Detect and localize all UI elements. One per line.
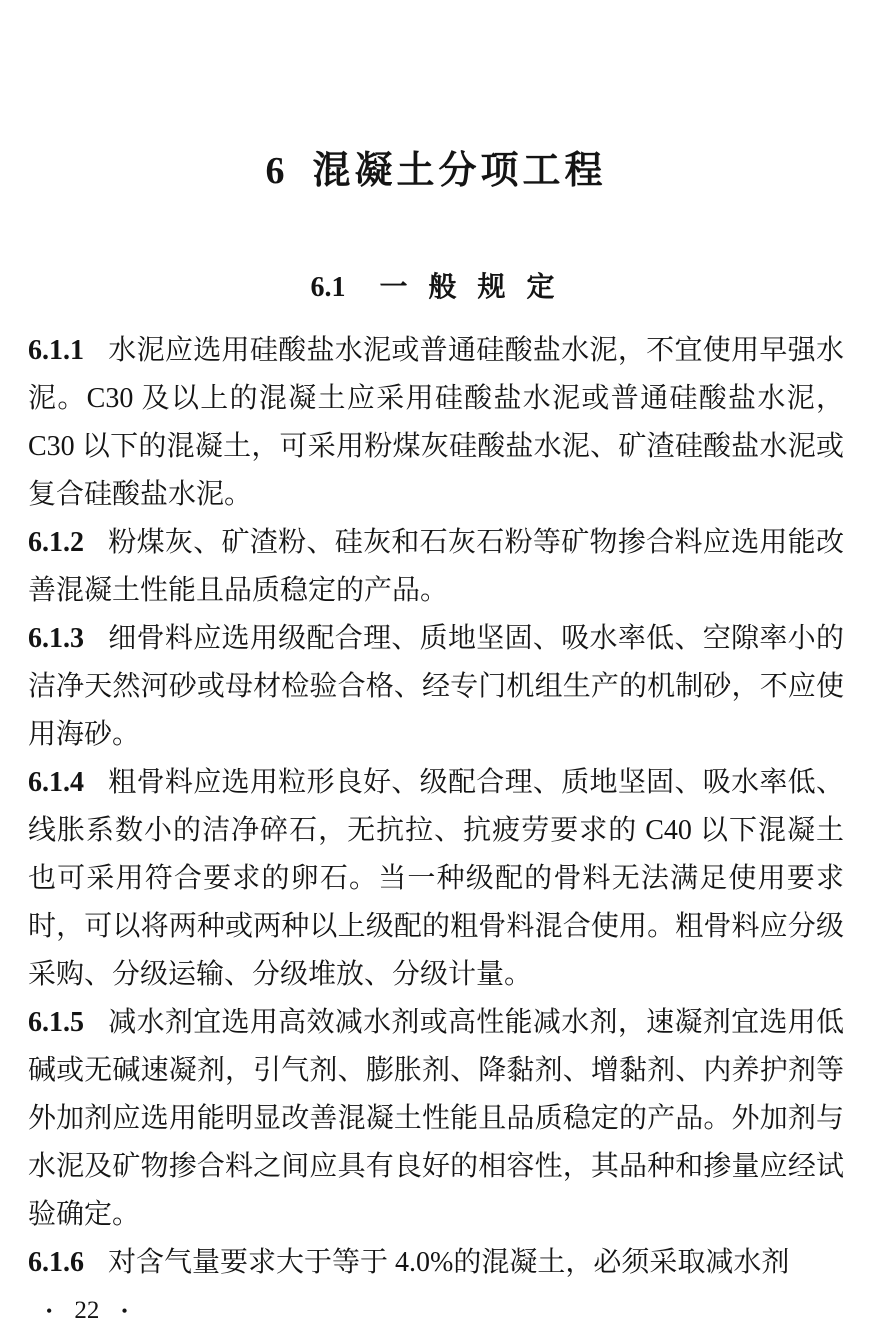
clause-number: 6.1.2 [28,527,84,558]
clause-6-1-5: 6.1.5减水剂宜选用高效减水剂或高性能减水剂，速凝剂宜选用低碱或无碱速凝剂，引… [28,999,844,1239]
clause-text: 粗骨料应选用粒形良好、级配合理、质地坚固、吸水率低、线胀系数小的洁净碎石，无抗拉… [28,767,844,990]
page-footer: • 22 • [46,1298,128,1323]
clause-6-1-2: 6.1.2粉煤灰、矿渣粉、硅灰和石灰石粉等矿物掺合料应选用能改善混凝土性能且品质… [28,519,844,615]
clause-number: 6.1.3 [28,623,84,654]
clause-text: 对含气量要求大于等于 4.0%的混凝土，必须采取减水剂 [108,1247,789,1278]
clause-6-1-6: 6.1.6对含气量要求大于等于 4.0%的混凝土，必须采取减水剂 [28,1239,844,1287]
document-page: 6混凝土分项工程 6.1一 般 规 定 6.1.1水泥应选用硅酸盐水泥或普通硅酸… [0,0,874,1343]
clause-list: 6.1.1水泥应选用硅酸盐水泥或普通硅酸盐水泥，不宜使用早强水泥。C30 及以上… [28,327,844,1287]
chapter-title-text: 混凝土分项工程 [312,150,606,192]
clause-6-1-4: 6.1.4粗骨料应选用粒形良好、级配合理、质地坚固、吸水率低、线胀系数小的洁净碎… [28,759,844,999]
clause-text: 粉煤灰、矿渣粉、硅灰和石灰石粉等矿物掺合料应选用能改善混凝土性能且品质稳定的产品… [28,527,844,606]
clause-text: 减水剂宜选用高效减水剂或高性能减水剂，速凝剂宜选用低碱或无碱速凝剂，引气剂、膨胀… [28,1007,844,1230]
clause-number: 6.1.5 [28,1007,84,1038]
clause-6-1-3: 6.1.3细骨料应选用级配合理、质地坚固、吸水率低、空隙率小的洁净天然河砂或母材… [28,615,844,759]
clause-number: 6.1.1 [28,335,84,366]
chapter-number: 6 [265,150,284,192]
clause-number: 6.1.4 [28,767,84,798]
footer-dot-left: • [46,1302,52,1320]
footer-dot-right: • [121,1302,127,1320]
clause-number: 6.1.6 [28,1247,84,1278]
section-title-text: 一 般 规 定 [379,272,561,303]
page-number: 22 [74,1298,99,1323]
clause-text: 细骨料应选用级配合理、质地坚固、吸水率低、空隙率小的洁净天然河砂或母材检验合格、… [28,623,844,750]
section-title: 6.1一 般 规 定 [28,270,844,305]
section-number: 6.1 [310,272,345,303]
chapter-title: 6混凝土分项工程 [28,0,844,196]
clause-6-1-1: 6.1.1水泥应选用硅酸盐水泥或普通硅酸盐水泥，不宜使用早强水泥。C30 及以上… [28,327,844,519]
clause-text: 水泥应选用硅酸盐水泥或普通硅酸盐水泥，不宜使用早强水泥。C30 及以上的混凝土应… [28,335,844,510]
